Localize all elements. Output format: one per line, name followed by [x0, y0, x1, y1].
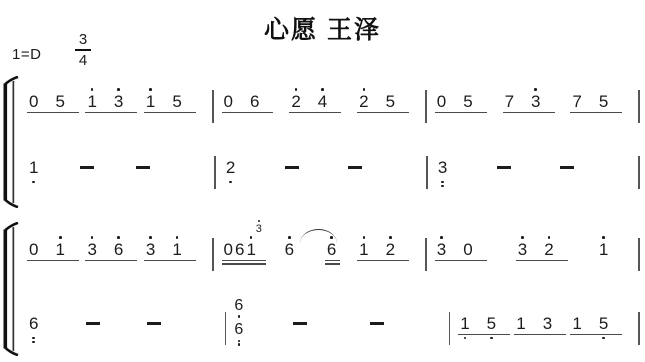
note-group: 15 [458, 306, 510, 346]
beam-underline [222, 260, 266, 262]
octave-dots-above [288, 232, 291, 240]
note: 2 [291, 84, 300, 124]
note-numeral: 3 [531, 92, 540, 111]
note-group: 1 [597, 232, 622, 272]
octave-dot [59, 236, 62, 239]
note: 1 [87, 84, 96, 124]
octave-dots-below [238, 314, 241, 322]
note-numeral: 1 [55, 240, 64, 259]
note-numeral: 0 [224, 92, 233, 111]
note [560, 150, 574, 190]
octave-dots-above [602, 232, 605, 240]
note-numeral: 2 [544, 240, 553, 259]
duration-dash [80, 158, 94, 177]
note: 1 [516, 306, 525, 346]
octave-dot [521, 236, 524, 239]
barline [638, 312, 640, 345]
note-numeral: 6 [29, 314, 38, 333]
note-numeral: 3 [438, 158, 447, 177]
octave-dot [440, 236, 443, 239]
note-numeral: 3 [437, 240, 446, 259]
beam-underline [85, 112, 137, 114]
beam-underline [144, 112, 196, 114]
note: 3 [87, 232, 96, 272]
note: 1 [29, 150, 38, 190]
note-numeral: 3 [114, 92, 123, 111]
note-numeral: 1 [172, 240, 181, 259]
note-numeral: 2 [291, 92, 300, 111]
octave-dot [464, 337, 467, 340]
note-group: 73 [503, 84, 555, 124]
note-numeral: 7 [572, 92, 581, 111]
note-numeral: 5 [55, 92, 64, 111]
octave-dot [32, 341, 35, 344]
note-group: 36 [85, 232, 137, 272]
note: 4 [318, 84, 327, 124]
note-group [145, 306, 175, 346]
note-group: 13 [85, 84, 137, 124]
note-group: 6 [27, 306, 52, 346]
octave-dot [389, 236, 392, 239]
note-numeral: 5 [599, 92, 608, 111]
octave-dots-above [363, 232, 366, 240]
note [285, 150, 299, 190]
beam-underline [435, 112, 487, 114]
note-chord-stack: 66 [234, 311, 243, 346]
note-group [291, 306, 321, 346]
note: 0 [29, 84, 38, 124]
time-signature-numerator: 3 [79, 31, 87, 48]
note-group: 06 [222, 84, 274, 124]
note: 5 [172, 84, 181, 124]
note [293, 306, 307, 346]
note: 3 [146, 232, 155, 272]
beam-underline [289, 112, 341, 114]
octave-dot [441, 181, 444, 184]
octave-dot [91, 88, 94, 91]
measure: 06136612 [214, 232, 426, 272]
octave-dots-below [32, 177, 35, 190]
time-signature-fraction-line [75, 49, 91, 51]
note: 3 [437, 232, 446, 272]
note [80, 150, 94, 190]
octave-dots-above [363, 84, 366, 92]
note-numeral: 0 [463, 240, 472, 259]
note-numeral: 3 [256, 223, 262, 235]
octave-dots-above [321, 84, 324, 92]
note-group: 32 [516, 232, 568, 272]
beam-underline [570, 334, 622, 336]
octave-dots-above [149, 232, 152, 240]
note-group: 15 [144, 84, 196, 124]
measure: 30321 [427, 232, 639, 272]
octave-dots-above [117, 232, 120, 240]
beam-underline [514, 334, 566, 336]
note: 6 [234, 297, 243, 322]
note: 2 [544, 232, 553, 272]
octave-dots-above [521, 232, 524, 240]
note-numeral: 3 [146, 240, 155, 259]
octave-dots-above [440, 232, 443, 240]
octave-dot [534, 88, 537, 91]
bass-staff: 123 [19, 150, 640, 190]
note-group [283, 150, 313, 190]
bass-staff: 666151315 [19, 306, 640, 346]
barline [638, 156, 640, 189]
note-group: 12 [357, 232, 409, 272]
duration-dash-line [147, 322, 161, 324]
note: 5 [599, 84, 608, 124]
note-numeral: 6 [234, 297, 243, 314]
octave-dots-above [389, 232, 392, 240]
octave-dot [238, 340, 241, 342]
note-group [134, 150, 164, 190]
note: 6 [114, 232, 123, 272]
beam-underline [357, 112, 409, 114]
note-numeral: 2 [226, 158, 235, 177]
duration-dash [147, 314, 161, 333]
note-numeral: 7 [505, 92, 514, 111]
note-group: 05 [435, 84, 487, 124]
note: 5 [463, 84, 472, 124]
note-numeral: 0 [29, 240, 38, 259]
note-group: 1 [27, 150, 52, 190]
beam-underline [325, 263, 340, 265]
octave-dot [91, 236, 94, 239]
octave-dot [288, 236, 291, 239]
octave-dot [229, 181, 232, 184]
octave-dot [441, 185, 444, 188]
octave-dots-above [250, 232, 253, 240]
note-numeral: 3 [518, 240, 527, 259]
duration-dash [370, 314, 384, 333]
note-numeral: 2 [359, 92, 368, 111]
octave-dots-above [91, 232, 94, 240]
measure: 1 [19, 150, 214, 190]
note-group: 01 [27, 232, 79, 272]
beam-underline [222, 263, 266, 265]
note: 1 [599, 232, 608, 272]
system-brace-icon [2, 222, 19, 356]
note-numeral: 6 [234, 321, 243, 338]
note-numeral: 5 [463, 92, 472, 111]
measure: 051315 [19, 84, 212, 124]
duration-dash [560, 158, 574, 177]
note [136, 150, 150, 190]
note-numeral: 3 [87, 240, 96, 259]
note: 1 [146, 84, 155, 124]
note-numeral: 6 [235, 240, 244, 259]
beam-underline [516, 260, 568, 262]
measure: 057375 [427, 84, 639, 124]
note-numeral: 5 [386, 92, 395, 111]
beam-underline [570, 112, 622, 114]
octave-dots-below [32, 333, 35, 346]
note-numeral: 2 [386, 240, 395, 259]
note: 1 [359, 232, 368, 272]
note [147, 306, 161, 346]
octave-dot [250, 236, 253, 239]
note: 6 [250, 84, 259, 124]
duration-dash-line [370, 322, 384, 324]
note: 0 [437, 84, 446, 124]
note-numeral: 6 [285, 240, 294, 259]
beam-underline [144, 260, 196, 262]
octave-dot [149, 236, 152, 239]
note-numeral: 1 [572, 314, 581, 333]
octave-dots-below [238, 338, 241, 346]
time-signature: 3 4 [70, 31, 96, 69]
note [497, 150, 511, 190]
note: 0 [29, 232, 38, 272]
octave-dot [238, 343, 241, 345]
melody-staff: 051315062425057375 [19, 84, 640, 124]
duration-dash-line [86, 322, 100, 324]
note-numeral: 6 [250, 92, 259, 111]
note: 5 [487, 306, 496, 346]
note-numeral: 1 [146, 92, 155, 111]
note-group [78, 150, 108, 190]
octave-dot [602, 337, 605, 340]
note-numeral: 1 [359, 240, 368, 259]
measure: 66 [226, 306, 448, 346]
octave-dots-above [149, 84, 152, 92]
octave-dot [363, 88, 366, 91]
beam-underline [458, 334, 510, 336]
duration-dash [293, 314, 307, 333]
sheet-music-page: 心愿 王泽 1=D 3 4 051315062425057375123 0136… [0, 0, 645, 362]
time-signature-denominator: 4 [79, 52, 87, 69]
octave-dot [295, 88, 298, 91]
measure: 062425 [214, 84, 426, 124]
note-group: 3 [436, 150, 461, 190]
note-group: 13 [514, 306, 566, 346]
note: 2 [359, 84, 368, 124]
duration-dash-line [348, 166, 362, 168]
note: 1 [55, 232, 64, 272]
octave-dot [176, 236, 179, 239]
note-group: 25 [357, 84, 409, 124]
note: 5 [55, 84, 64, 124]
note-numeral: 1 [599, 240, 608, 259]
note-group [368, 306, 398, 346]
note [86, 306, 100, 346]
duration-dash-line [560, 166, 574, 168]
beam-underline [27, 260, 79, 262]
note: 1 [172, 232, 181, 272]
octave-dot [117, 236, 120, 239]
duration-dash-line [136, 166, 150, 168]
note-group: 2 [224, 150, 249, 190]
measure: 2 [216, 150, 426, 190]
note-group: 31 [144, 232, 196, 272]
note: 1 [572, 306, 581, 346]
octave-dot [149, 88, 152, 91]
note-numeral: 5 [487, 314, 496, 333]
grace-note: 3 [256, 218, 262, 235]
note: 0 [224, 232, 233, 272]
note: 2 [226, 150, 235, 190]
note-numeral: 6 [114, 240, 123, 259]
note: 0 [224, 84, 233, 124]
duration-dash-line [497, 166, 511, 168]
note: 6 [234, 321, 243, 346]
note: 0 [463, 232, 472, 272]
note: 5 [599, 306, 608, 346]
duration-dash [285, 158, 299, 177]
duration-dash-line [293, 322, 307, 324]
octave-dot [548, 236, 551, 239]
note-numeral: 0 [29, 92, 38, 111]
beam-underline [503, 112, 555, 114]
note: 7 [572, 84, 581, 124]
octave-dots-above [59, 232, 62, 240]
duration-dash [86, 314, 100, 333]
note-numeral: 1 [29, 158, 38, 177]
note-group: 15 [570, 306, 622, 346]
note: 6 [29, 306, 38, 346]
note [348, 150, 362, 190]
octave-dot [602, 236, 605, 239]
note-group: 30 [435, 232, 487, 272]
note-numeral: 1 [516, 314, 525, 333]
note-group [495, 150, 525, 190]
octave-dot [321, 88, 324, 91]
note: 6 [235, 232, 244, 272]
note-numeral: 0 [224, 240, 233, 259]
melody-staff: 0136310613661230321 [19, 232, 640, 272]
note-group: 75 [570, 84, 622, 124]
octave-dot [238, 315, 241, 318]
duration-dash [348, 158, 362, 177]
song-title: 心愿 王泽 [0, 10, 645, 46]
system-brace-icon [2, 76, 19, 208]
note: 3 [438, 150, 447, 190]
note: 3 [543, 306, 552, 346]
note: 5 [386, 84, 395, 124]
beam-underline [27, 112, 79, 114]
octave-dot [363, 236, 366, 239]
octave-dots-above [534, 84, 537, 92]
note-group: 05 [27, 84, 79, 124]
octave-dots-above [91, 84, 94, 92]
note-numeral: 5 [599, 314, 608, 333]
beam-underline [325, 260, 340, 262]
note-numeral: 1 [460, 314, 469, 333]
beam-underline [357, 260, 409, 262]
octave-dot [32, 181, 35, 184]
measure: 013631 [19, 232, 212, 272]
octave-dot [490, 337, 493, 340]
duration-dash-line [80, 166, 94, 168]
note-group: 0613 [222, 232, 266, 272]
note: 7 [505, 84, 514, 124]
duration-dash [497, 158, 511, 177]
octave-dot [117, 88, 120, 91]
note-group [84, 306, 114, 346]
measure: 151315 [450, 306, 638, 346]
note-group [346, 150, 376, 190]
note: 2 [386, 232, 395, 272]
beam-underline [222, 112, 274, 114]
barline [638, 238, 640, 271]
note-group [558, 150, 588, 190]
octave-dots-above [176, 232, 179, 240]
beam-underline [85, 260, 137, 262]
note-numeral: 5 [172, 92, 181, 111]
octave-dots-below [441, 177, 444, 190]
duration-dash-line [285, 166, 299, 168]
octave-dots-above [548, 232, 551, 240]
note-numeral: 4 [318, 92, 327, 111]
octave-dot [32, 337, 35, 340]
barline [638, 90, 640, 123]
note-numeral: 0 [437, 92, 446, 111]
note: 3 [114, 84, 123, 124]
note-group: 24 [289, 84, 341, 124]
note-numeral: 3 [543, 314, 552, 333]
octave-dots-above [117, 84, 120, 92]
note: 3 [531, 84, 540, 124]
note-numeral: 1 [246, 240, 255, 259]
note: 6 [285, 232, 294, 272]
note: 3 [518, 232, 527, 272]
note [370, 306, 384, 346]
octave-dots-below [229, 177, 232, 190]
measure: 3 [428, 150, 638, 190]
note: 1 [246, 232, 255, 272]
measure: 6 [19, 306, 225, 346]
duration-dash [136, 158, 150, 177]
note: 1 [460, 306, 469, 346]
octave-dots-above [295, 84, 298, 92]
note-numeral: 1 [87, 92, 96, 111]
key-signature: 1=D [12, 46, 41, 63]
beam-underline [435, 260, 487, 262]
